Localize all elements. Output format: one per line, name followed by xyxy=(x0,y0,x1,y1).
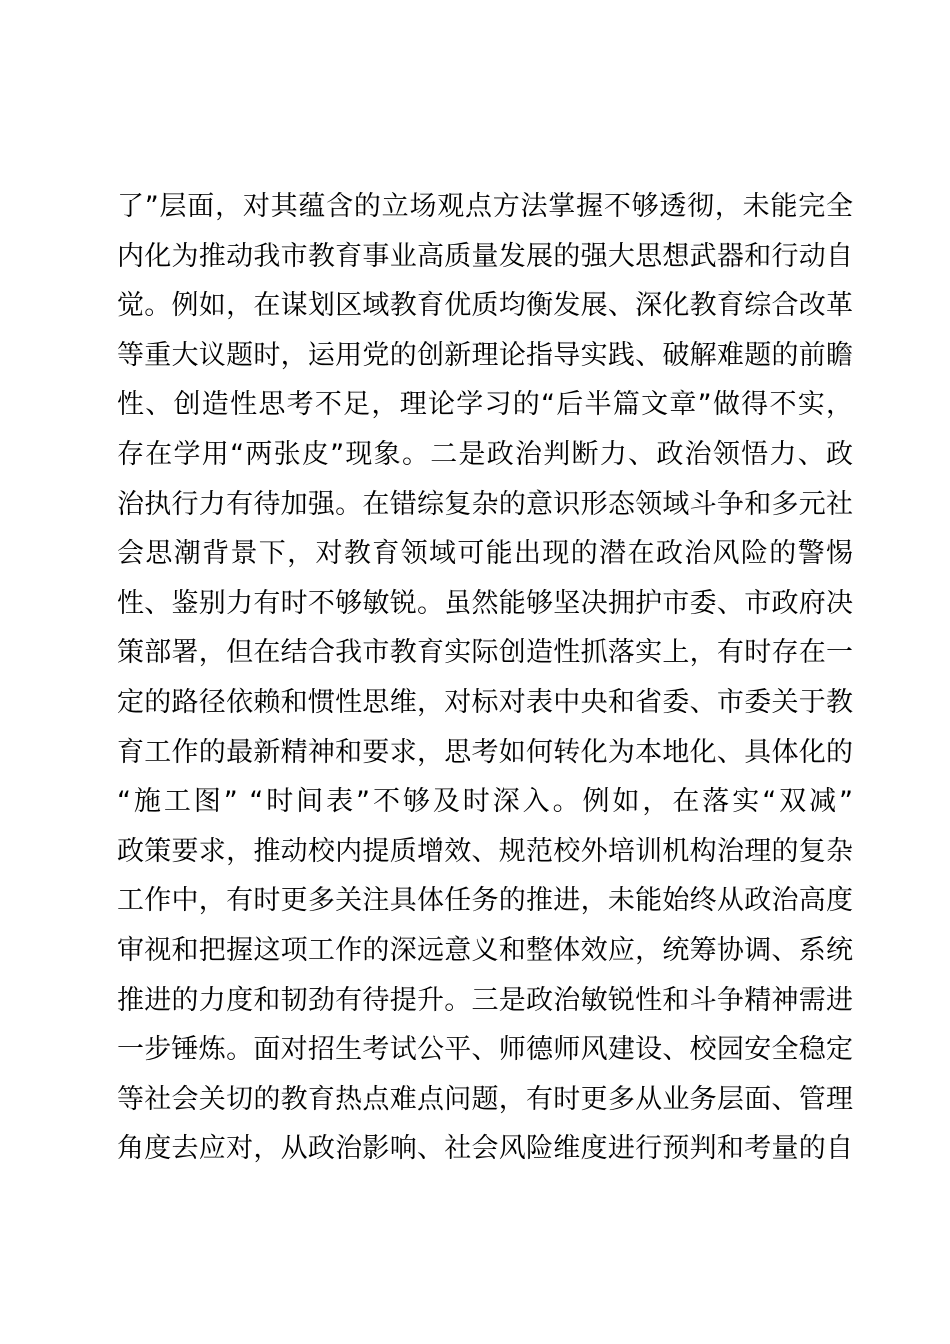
text-line: 一步锤炼。面对招生考试公平、师德师风建设、校园安全稳定 xyxy=(117,1025,853,1075)
text-line: 等社会关切的教育热点难点问题，有时更多从业务层面、管理 xyxy=(117,1075,853,1125)
text-line: 治执行力有待加强。在错综复杂的意识形态领域斗争和多元社 xyxy=(117,480,853,530)
text-line: 育工作的最新精神和要求，思考如何转化为本地化、具体化的 xyxy=(117,728,853,778)
text-line: 内化为推动我市教育事业高质量发展的强大思想武器和行动自 xyxy=(117,232,853,282)
text-paragraph: 了”层面，对其蕴含的立场观点方法掌握不够透彻，未能完全 内化为推动我市教育事业高… xyxy=(117,182,853,1174)
text-line: 推进的力度和韧劲有待提升。三是政治敏锐性和斗争精神需进 xyxy=(117,976,853,1026)
text-line: 性、创造性思考不足，理论学习的“后半篇文章”做得不实， xyxy=(117,380,853,430)
text-line: 觉。例如，在谋划区域教育优质均衡发展、深化教育综合改革 xyxy=(117,281,853,331)
text-line: 审视和把握这项工作的深远意义和整体效应，统筹协调、系统 xyxy=(117,926,853,976)
text-line: 政策要求，推动校内提质增效、规范校外培训机构治理的复杂 xyxy=(117,827,853,877)
document-page: 了”层面，对其蕴含的立场观点方法掌握不够透彻，未能完全 内化为推动我市教育事业高… xyxy=(0,0,950,1344)
text-line: “施工图” “时间表”不够及时深入。例如，在落实“双减” xyxy=(117,777,853,827)
text-line: 等重大议题时，运用党的创新理论指导实践、破解难题的前瞻 xyxy=(117,331,853,381)
text-line: 工作中，有时更多关注具体任务的推进，未能始终从政治高度 xyxy=(117,876,853,926)
text-line: 性、鉴别力有时不够敏锐。虽然能够坚决拥护市委、市政府决 xyxy=(117,579,853,629)
text-line: 了”层面，对其蕴含的立场观点方法掌握不够透彻，未能完全 xyxy=(117,182,853,232)
text-line: 会思潮背景下，对教育领域可能出现的潜在政治风险的警惕 xyxy=(117,529,853,579)
text-line: 存在学用“两张皮”现象。二是政治判断力、政治领悟力、政 xyxy=(117,430,853,480)
text-line: 策部署，但在结合我市教育实际创造性抓落实上，有时存在一 xyxy=(117,628,853,678)
text-line: 角度去应对，从政治影响、社会风险维度进行预判和考量的自 xyxy=(117,1124,853,1174)
text-line: 定的路径依赖和惯性思维，对标对表中央和省委、市委关于教 xyxy=(117,678,853,728)
